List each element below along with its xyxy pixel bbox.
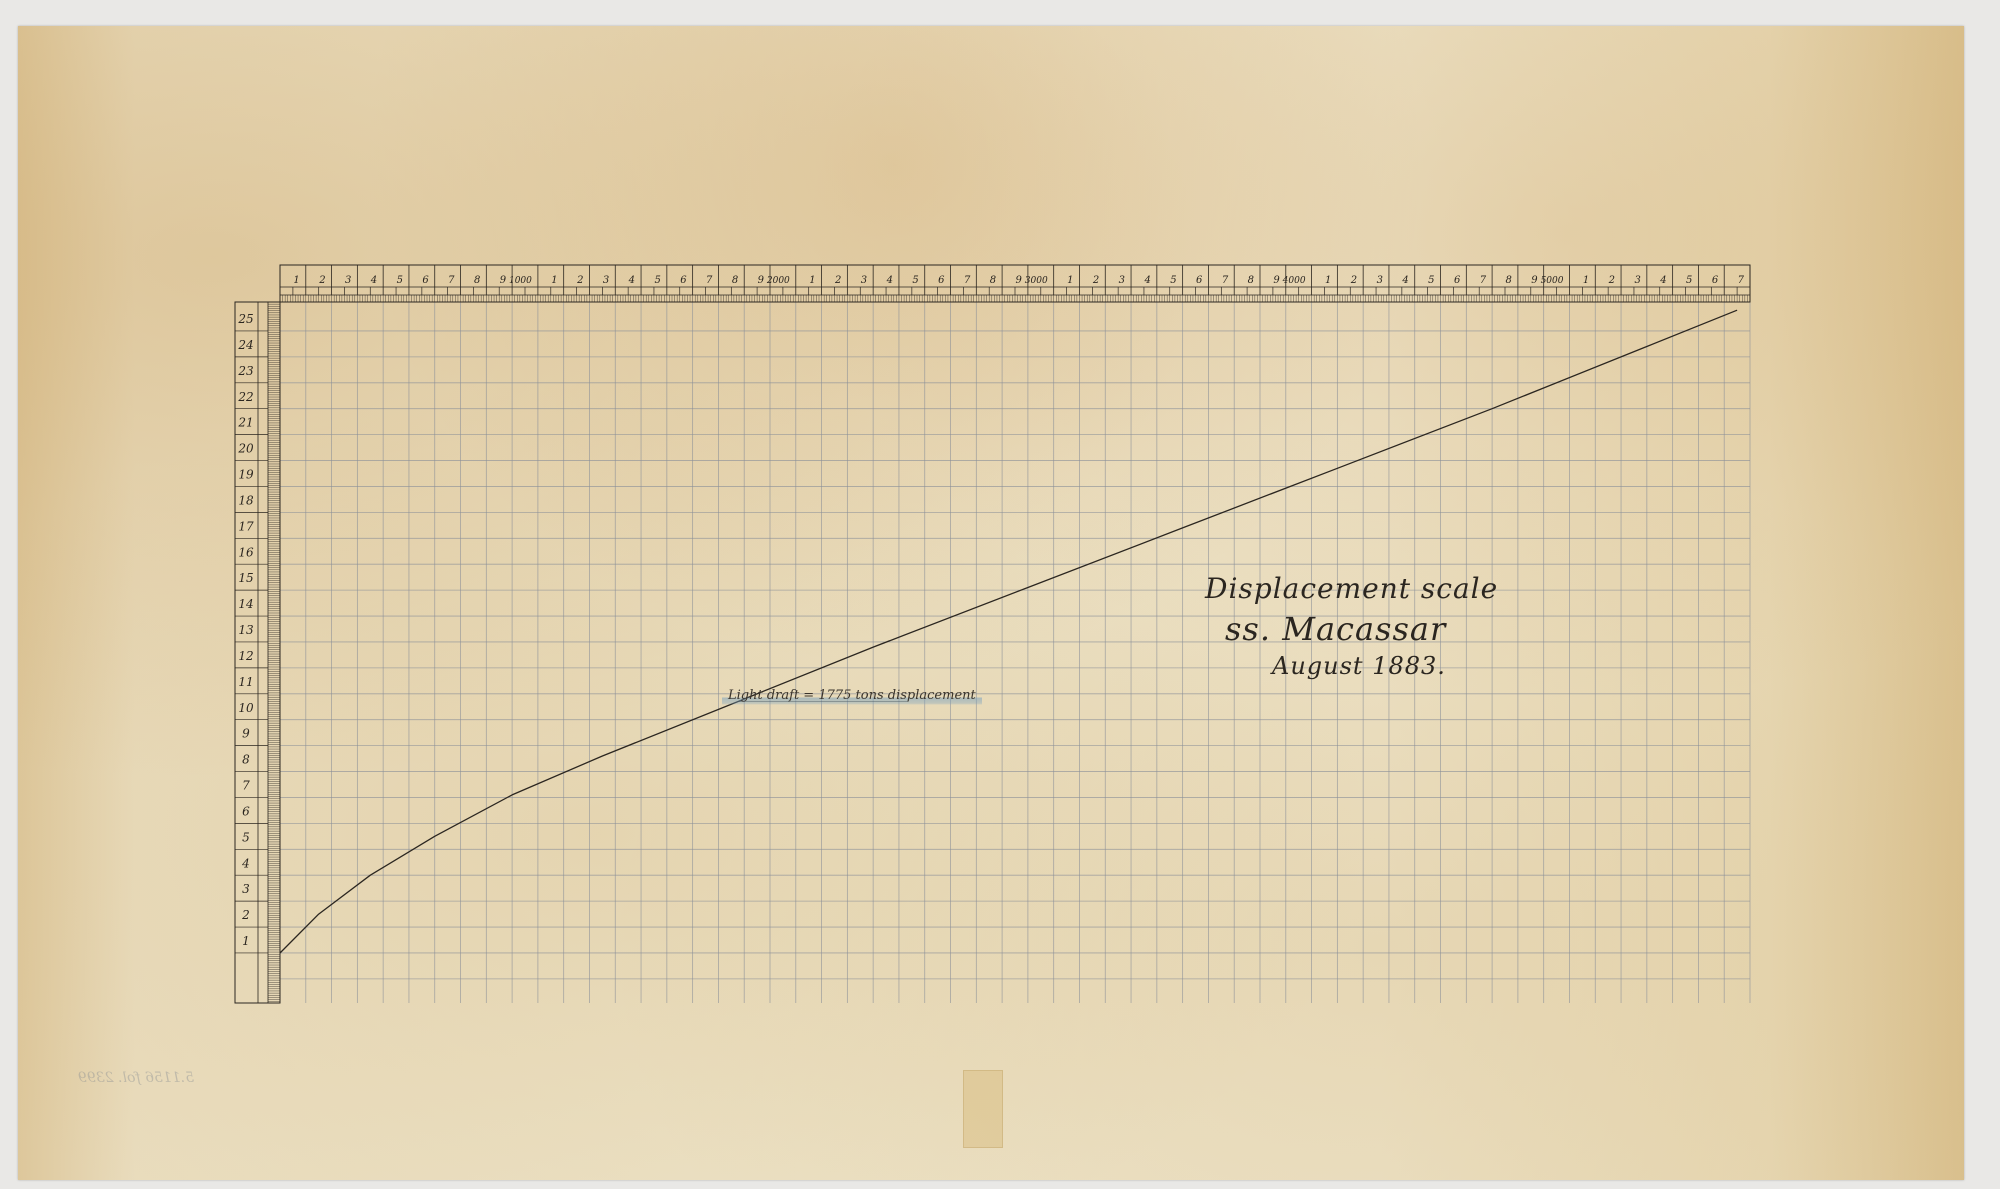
- x-tick-label: 2: [1092, 275, 1099, 286]
- x-tick-label: 7: [1222, 275, 1229, 286]
- y-tick-label: 12: [238, 649, 253, 663]
- x-tick-label: 3: [1634, 275, 1640, 286]
- mirrored-archive-note: 5.1156 fol. 2399: [78, 1070, 194, 1086]
- y-tick-label: 21: [237, 416, 253, 430]
- y-tick-label: 16: [238, 545, 254, 559]
- y-tick-label: 13: [238, 623, 254, 637]
- y-tick-label: 23: [237, 364, 254, 378]
- y-tick-label: 7: [242, 779, 250, 793]
- x-tick-label: 4: [1659, 275, 1666, 286]
- x-tick-label: 6: [422, 275, 429, 286]
- x-tick-label: 5: [1170, 275, 1176, 286]
- displacement-chart: 1234567891000123456789200012345678930001…: [0, 0, 2000, 1189]
- x-tick-label: 2: [834, 275, 841, 286]
- x-tick-label: 1: [809, 275, 815, 286]
- x-tick-label: 3: [345, 275, 351, 286]
- x-tick-label: 4000: [1282, 276, 1306, 286]
- x-tick-label: 5: [397, 275, 403, 286]
- x-tick-label: 8: [1506, 275, 1512, 286]
- x-tick-label: 8: [474, 275, 480, 286]
- y-tick-label: 25: [237, 312, 253, 326]
- x-tick-label: 7: [1480, 275, 1487, 286]
- y-tick-label: 5: [242, 830, 250, 844]
- x-tick-label: 3: [861, 275, 867, 286]
- archive-tab-stamp: [963, 1070, 1003, 1148]
- x-tick-label: 1: [293, 275, 299, 286]
- x-tick-label: 3: [1119, 275, 1125, 286]
- y-tick-label: 1: [242, 934, 250, 948]
- light-draft-annotation: Light draft = 1775 tons displacement: [722, 688, 982, 705]
- x-tick-label: 7: [964, 275, 971, 286]
- x-tick-label: 3000: [1025, 276, 1048, 286]
- x-tick-label: 7: [1738, 275, 1745, 286]
- y-tick-label: 3: [242, 882, 250, 896]
- x-tick-label: 8: [1248, 275, 1254, 286]
- x-tick-label: 9: [500, 275, 507, 286]
- x-tick-label: 4: [1143, 275, 1150, 286]
- y-tick-label: 22: [237, 390, 253, 404]
- x-tick-label: 8: [990, 275, 996, 286]
- y-tick-label: 15: [238, 571, 253, 585]
- y-tick-label: 14: [238, 597, 253, 611]
- x-tick-label: 5: [1428, 275, 1434, 286]
- displacement-curve: [280, 310, 1737, 953]
- x-tick-label: 1: [1325, 275, 1331, 286]
- x-tick-label: 4: [886, 275, 893, 286]
- y-tick-label: 17: [238, 519, 254, 533]
- x-tick-label: 5: [654, 275, 660, 286]
- chart-title-line-1: Displacement scale: [1205, 572, 1498, 605]
- x-tick-label: 9: [1273, 275, 1280, 286]
- y-tick-label: 8: [242, 753, 250, 767]
- x-tick-label: 5: [912, 275, 918, 286]
- x-tick-label: 1: [551, 275, 557, 286]
- x-tick-label: 2: [576, 275, 583, 286]
- x-tick-label: 6: [680, 275, 687, 286]
- x-tick-label: 1: [1583, 275, 1589, 286]
- y-tick-label: 18: [238, 493, 254, 507]
- x-tick-label: 5000: [1541, 276, 1564, 286]
- x-tick-label: 6: [1196, 275, 1203, 286]
- x-tick-label: 3: [1377, 275, 1383, 286]
- x-tick-label: 7: [706, 275, 713, 286]
- y-tick-label: 24: [237, 338, 253, 352]
- x-tick-label: 2: [318, 275, 325, 286]
- x-tick-label: 6: [1454, 275, 1461, 286]
- y-tick-label: 20: [237, 442, 254, 456]
- x-tick-label: 4: [370, 275, 377, 286]
- x-tick-label: 4: [628, 275, 635, 286]
- y-tick-label: 4: [241, 856, 250, 870]
- x-tick-label: 7: [448, 275, 455, 286]
- y-tick-label: 2: [241, 908, 250, 922]
- x-tick-label: 9: [1531, 275, 1538, 286]
- x-tick-label: 2: [1350, 275, 1357, 286]
- x-tick-label: 5: [1686, 275, 1692, 286]
- chart-title-ship-name: ss. Macassar: [1225, 610, 1446, 648]
- x-tick-label: 1000: [509, 276, 532, 286]
- x-tick-label: 9: [758, 275, 765, 286]
- y-tick-label: 11: [238, 675, 253, 689]
- x-tick-label: 8: [732, 275, 738, 286]
- x-tick-label: 1: [1067, 275, 1073, 286]
- y-tick-label: 9: [242, 727, 250, 741]
- x-tick-label: 2: [1608, 275, 1615, 286]
- x-tick-label: 2000: [766, 276, 790, 286]
- y-tick-label: 19: [238, 468, 254, 482]
- x-tick-label: 4: [1401, 275, 1408, 286]
- x-tick-label: 3: [603, 275, 609, 286]
- chart-title-date: August 1883.: [1272, 652, 1446, 680]
- x-tick-label: 6: [938, 275, 945, 286]
- x-tick-label: 9: [1016, 275, 1023, 286]
- y-tick-label: 10: [238, 701, 254, 715]
- y-tick-label: 6: [242, 804, 250, 818]
- x-tick-label: 6: [1712, 275, 1719, 286]
